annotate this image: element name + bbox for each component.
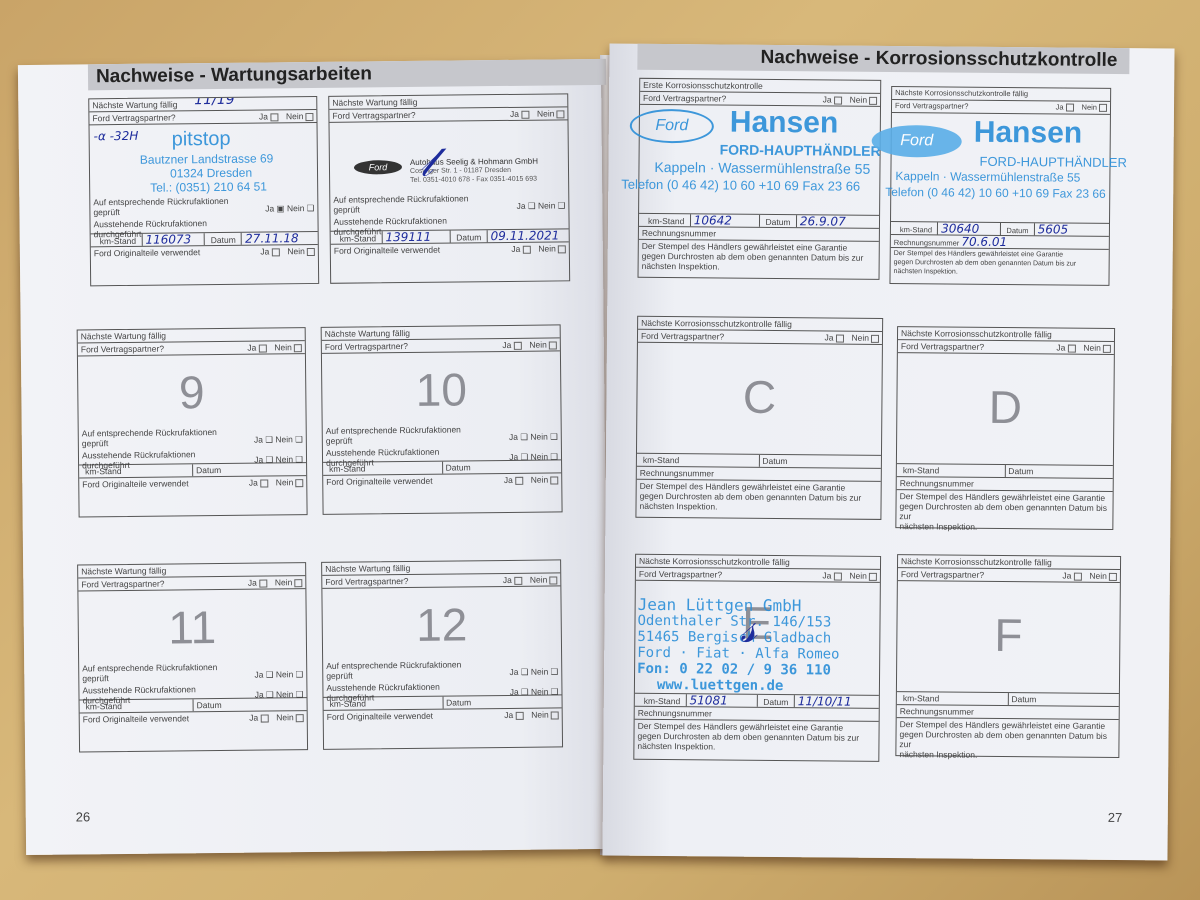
handwritten-note: -α -32H	[94, 129, 139, 143]
card-letter: D	[897, 379, 1113, 435]
signature: 𝓁	[420, 140, 434, 186]
service-card-8: Nächste Wartung fällig Ford Vertragspart…	[328, 93, 570, 284]
service-card-12: Nächste Wartung fällig Ford Vertragspart…	[321, 559, 563, 750]
corrosion-card-B: Nächste Korrosionsschutzkontrolle fällig…	[889, 86, 1111, 286]
stamp-city: 01324 Dresden	[170, 166, 252, 181]
stamp-area: E Jean Lüttgen GmbH Odenthaler Str. 146/…	[635, 581, 880, 696]
stamp-area: Ford Hansen FORD-HAUPTHÄNDLER Kappeln · …	[639, 105, 880, 216]
corrosion-card-C: Nächste Korrosionsschutzkontrolle fällig…	[635, 316, 883, 520]
stamp-area: -α -32H pitstop Bautzner Landstrasse 69 …	[90, 123, 318, 234]
ford-logo-icon: Ford	[354, 160, 402, 175]
signature: 𝓈	[740, 602, 757, 653]
stamp-area: Ford Autohaus Seelig & Hohmann GmbH Cosw…	[330, 120, 569, 231]
ford-logo-icon: Ford	[872, 125, 962, 158]
corrosion-card-D: Nächste Korrosionsschutzkontrolle fällig…	[895, 326, 1115, 530]
original-parts-row: Ford Originalteile verwendet JaNein	[91, 245, 318, 259]
corrosion-card-E: Nächste Korrosionsschutzkontrolle fällig…	[633, 554, 881, 762]
stamp-area: Ford Hansen FORD-HAUPTHÄNDLER Kappeln · …	[891, 113, 1110, 224]
service-card-9: Nächste Wartung fällig Ford Vertragspart…	[77, 327, 308, 517]
card-number: 10	[322, 361, 561, 417]
card-number: 11	[78, 599, 306, 655]
service-card-7: Nächste Wartung fällig 11/19 Ford Vertra…	[88, 96, 319, 286]
right-page: Nachweise - Korrosionsschutzkontrolle Er…	[602, 44, 1174, 861]
stamp-phone: Tel.: (0351) 210 64 51	[150, 179, 267, 194]
corrosion-card-A: Erste Korrosionsschutzkontrolle Ford Ver…	[638, 78, 882, 280]
stamp-street: Bautzner Landstrasse 69	[140, 151, 274, 166]
page-number: 26	[76, 809, 91, 824]
page-title: Nachweise - Wartungsarbeiten	[88, 59, 606, 90]
corrosion-card-F: Nächste Korrosionsschutzkontrolle fällig…	[895, 554, 1121, 758]
service-card-11: Nächste Wartung fällig Ford Vertragspart…	[77, 562, 308, 752]
partner-yes-no[interactable]: JaNein	[259, 110, 314, 123]
ford-logo-icon: Ford	[630, 109, 714, 144]
card-letter: F	[897, 607, 1119, 663]
card-number: 12	[322, 596, 561, 652]
recall-checked-yes-no[interactable]: Ja ▣ Nein ❑	[265, 203, 314, 215]
card-letter: C	[637, 369, 881, 425]
left-page: Nachweise - Wartungsarbeiten Nächste War…	[18, 59, 609, 855]
stamp-name: pitstop	[172, 128, 231, 152]
page-number: 27	[1108, 810, 1123, 825]
service-card-10: Nächste Wartung fällig Ford Vertragspart…	[321, 324, 563, 515]
handwritten-next-service: 11/19	[194, 97, 234, 106]
card-number: 9	[78, 364, 306, 420]
page-title: Nachweise - Korrosionsschutzkontrolle	[637, 44, 1129, 74]
